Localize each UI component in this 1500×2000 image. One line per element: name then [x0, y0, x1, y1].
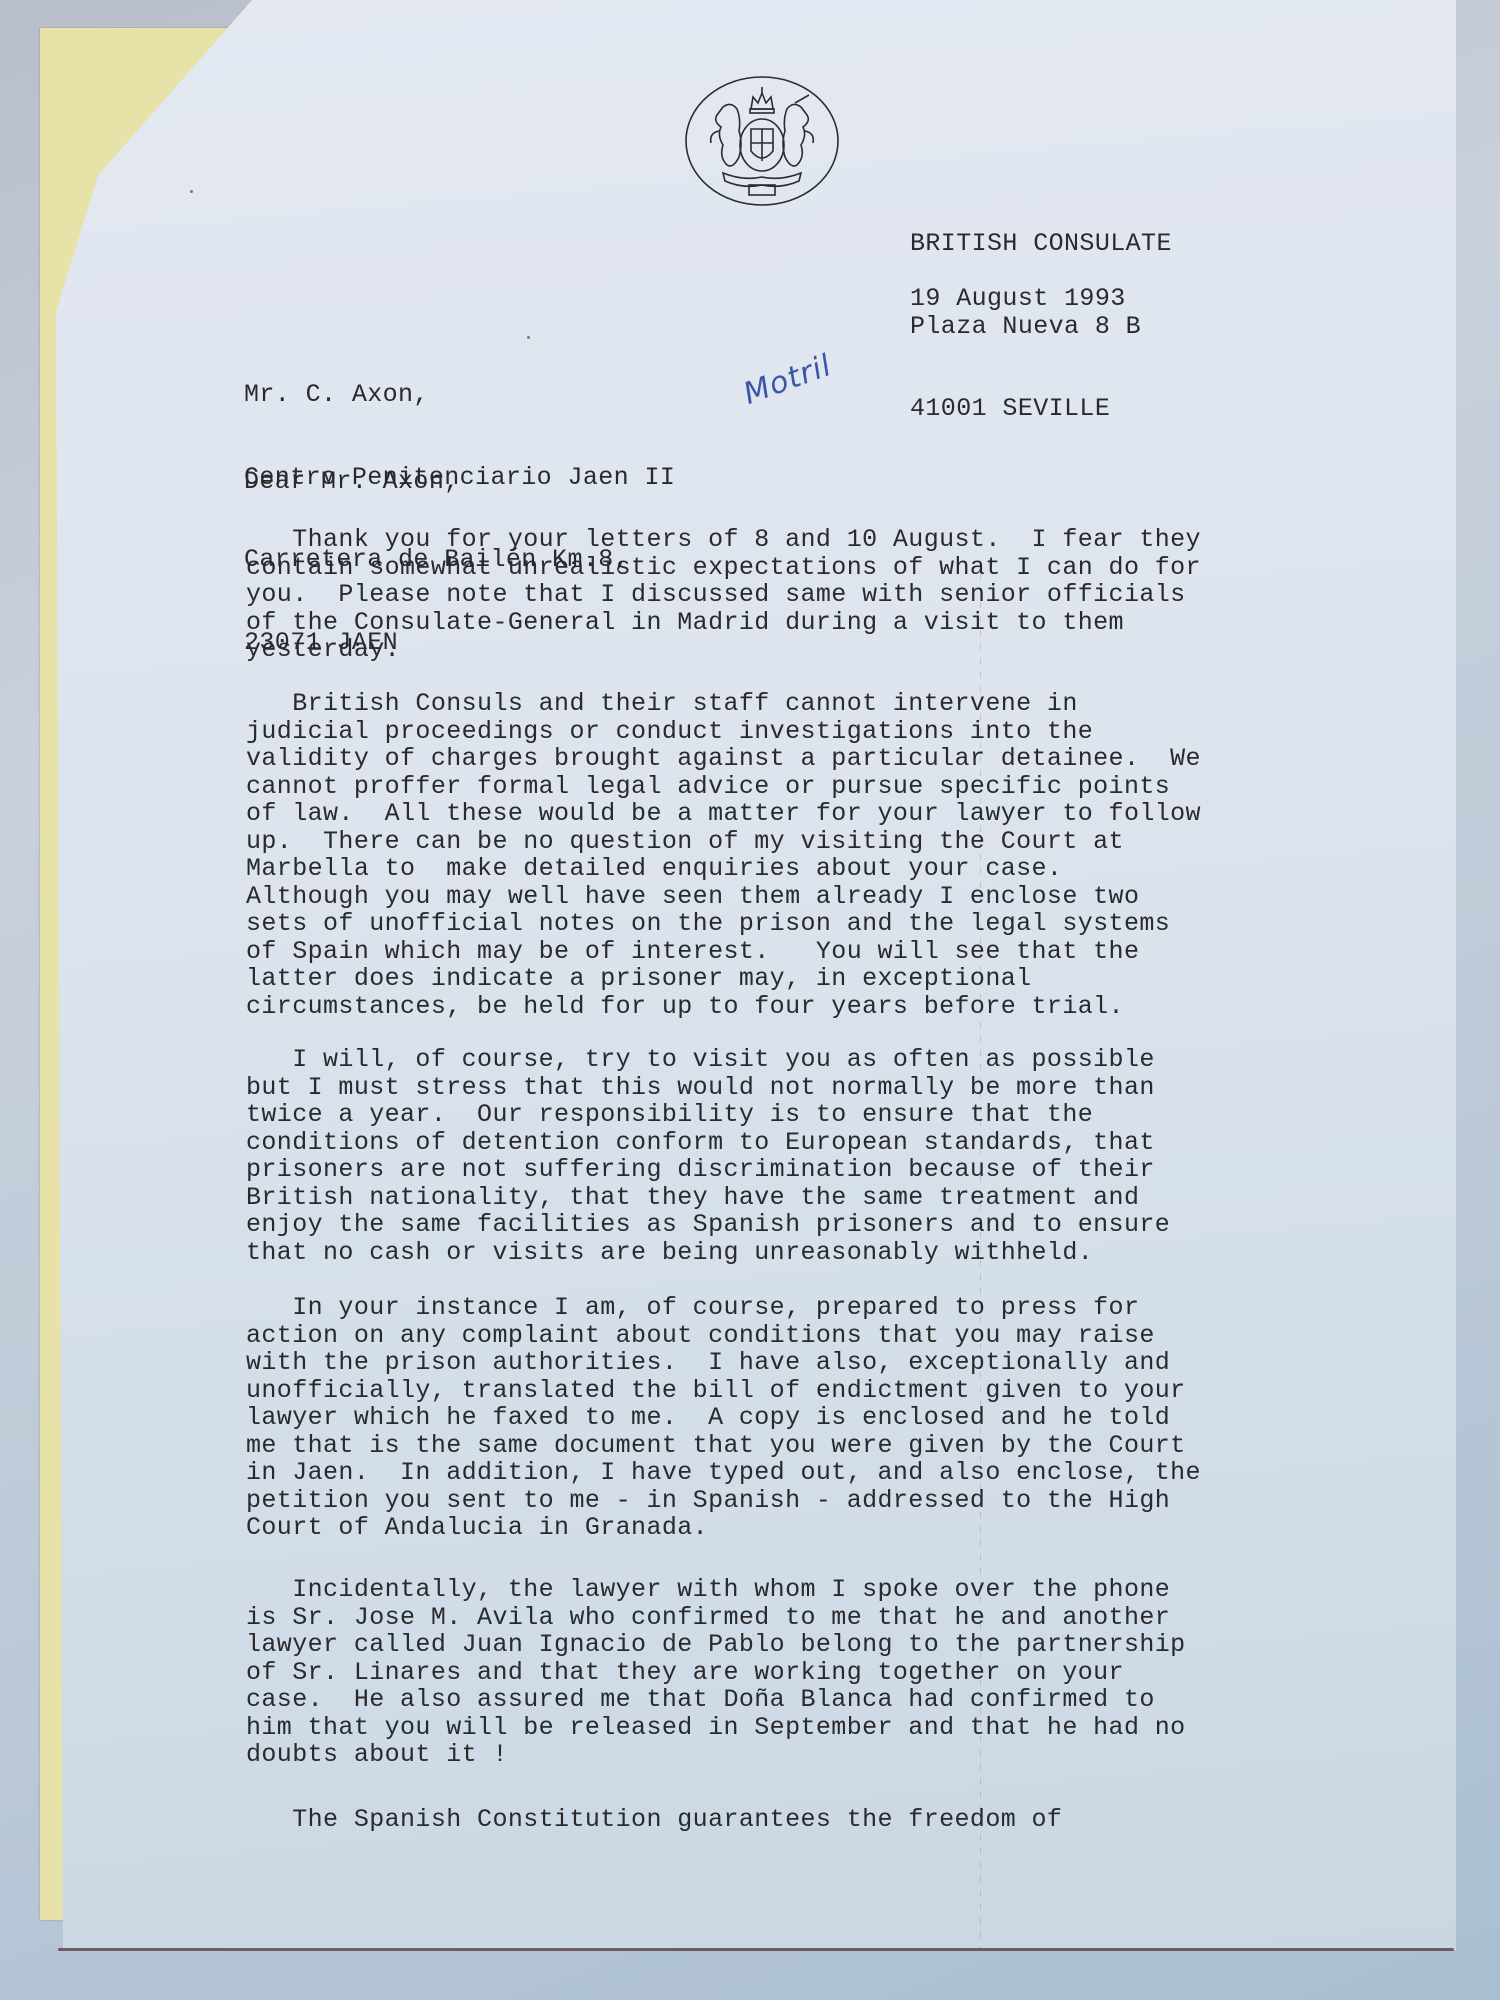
text-line: in Jaen. In addition, I have typed out, … — [246, 1459, 1201, 1487]
text-line: twice a year. Our responsibility is to e… — [246, 1101, 1170, 1129]
text-line: cannot proffer formal legal advice or pu… — [246, 773, 1201, 801]
letter-date: 19 August 1993 — [910, 285, 1126, 313]
salutation: Dear Mr. Axon, — [244, 468, 460, 496]
body-paragraph: I will, of course, try to visit you as o… — [246, 1046, 1170, 1266]
text-line: up. There can be no question of my visit… — [246, 828, 1201, 856]
text-line: of the Consulate-General in Madrid durin… — [246, 609, 1201, 637]
text-line: of law. All these would be a matter for … — [246, 800, 1201, 828]
recipient-line: Mr. C. Axon, — [244, 381, 675, 409]
sender-line: BRITISH CONSULATE — [910, 230, 1172, 258]
text-line: I will, of course, try to visit you as o… — [246, 1046, 1170, 1074]
text-line: circumstances, be held for up to four ye… — [246, 993, 1201, 1021]
royal-coat-of-arms-icon — [683, 73, 841, 209]
text-line: validity of charges brought against a pa… — [246, 745, 1201, 773]
text-line: yesterday. — [246, 636, 1201, 664]
text-line: petition you sent to me - in Spanish - a… — [246, 1487, 1201, 1515]
text-line: lawyer which he faxed to me. A copy is e… — [246, 1404, 1201, 1432]
text-line: with the prison authorities. I have also… — [246, 1349, 1201, 1377]
text-line: contain somewhat unrealistic expectation… — [246, 554, 1201, 582]
text-line: is Sr. Jose M. Avila who confirmed to me… — [246, 1604, 1186, 1632]
sender-line: Plaza Nueva 8 B — [910, 313, 1172, 341]
text-line: action on any complaint about conditions… — [246, 1322, 1201, 1350]
text-line: Court of Andalucia in Granada. — [246, 1514, 1201, 1542]
text-line: British nationality, that they have the … — [246, 1184, 1170, 1212]
text-line: of Sr. Linares and that they are working… — [246, 1659, 1186, 1687]
text-line: sets of unofficial notes on the prison a… — [246, 910, 1201, 938]
text-line: Marbella to make detailed enquiries abou… — [246, 855, 1201, 883]
text-line: prisoners are not suffering discriminati… — [246, 1156, 1170, 1184]
text-line: of Spain which may be of interest. You w… — [246, 938, 1201, 966]
text-line: but I must stress that this would not no… — [246, 1074, 1170, 1102]
text-line: Although you may well have seen them alr… — [246, 883, 1201, 911]
text-line: case. He also assured me that Doña Blanc… — [246, 1686, 1186, 1714]
text-line: lawyer called Juan Ignacio de Pablo belo… — [246, 1631, 1186, 1659]
text-line: In your instance I am, of course, prepar… — [246, 1294, 1201, 1322]
text-line: you. Please note that I discussed same w… — [246, 581, 1201, 609]
text-line: enjoy the same facilities as Spanish pri… — [246, 1211, 1170, 1239]
text-line: latter does indicate a prisoner may, in … — [246, 965, 1201, 993]
text-line: British Consuls and their staff cannot i… — [246, 690, 1201, 718]
text-line: that no cash or visits are being unreaso… — [246, 1239, 1170, 1267]
body-paragraph: In your instance I am, of course, prepar… — [246, 1294, 1201, 1542]
text-line: me that is the same document that you we… — [246, 1432, 1201, 1460]
sender-line: 41001 SEVILLE — [910, 395, 1172, 423]
text-line: The Spanish Constitution guarantees the … — [246, 1806, 1062, 1834]
page-bottom-edge — [58, 1948, 1454, 1951]
body-paragraph: Thank you for your letters of 8 and 10 A… — [246, 526, 1201, 664]
text-line: unofficially, translated the bill of end… — [246, 1377, 1201, 1405]
text-line: Incidentally, the lawyer with whom I spo… — [246, 1576, 1186, 1604]
body-paragraph: British Consuls and their staff cannot i… — [246, 690, 1201, 1020]
text-line: him that you will be released in Septemb… — [246, 1714, 1186, 1742]
ink-speck — [190, 190, 193, 193]
text-line: Thank you for your letters of 8 and 10 A… — [246, 526, 1201, 554]
text-line: conditions of detention conform to Europ… — [246, 1129, 1170, 1157]
body-paragraph: Incidentally, the lawyer with whom I spo… — [246, 1576, 1186, 1769]
body-paragraph: The Spanish Constitution guarantees the … — [246, 1806, 1062, 1834]
text-line: judicial proceedings or conduct investig… — [246, 718, 1201, 746]
text-line: doubts about it ! — [246, 1741, 1186, 1769]
